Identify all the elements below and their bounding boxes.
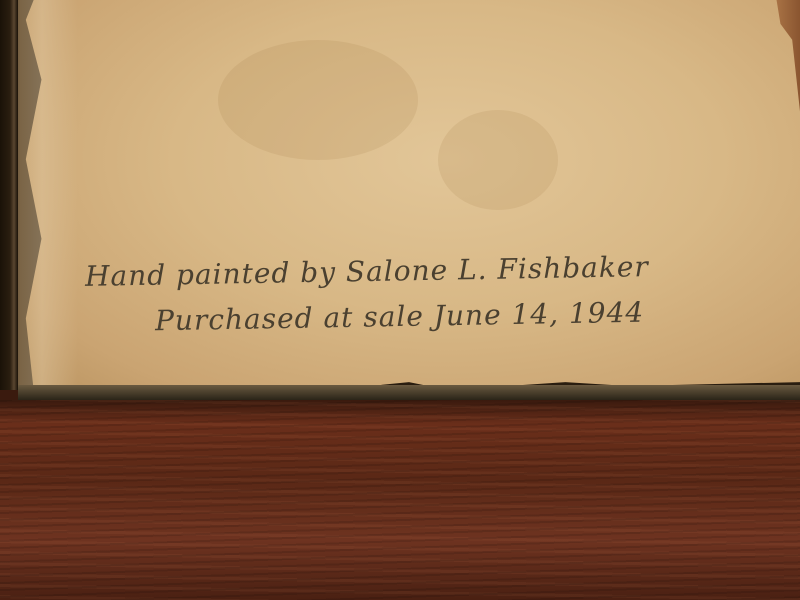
paper-stain [218, 40, 418, 160]
frame-bottom-edge [18, 385, 800, 400]
aged-paper-backing [18, 0, 800, 398]
paper-stain [438, 110, 558, 210]
wooden-table [0, 400, 800, 600]
torn-paper-edge [18, 0, 78, 398]
